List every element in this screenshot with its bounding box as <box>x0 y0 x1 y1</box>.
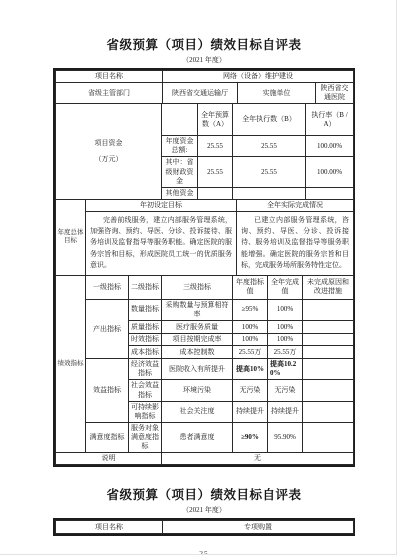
fund-sublabel-header-empty <box>162 104 198 136</box>
goal-done-header: 全年实际完成情况 <box>237 199 354 211</box>
row-quantity-target: ≥95% <box>233 299 268 320</box>
page-number: - 25 - <box>53 549 355 555</box>
header-level2: 二级指标 <box>129 275 162 299</box>
fund-label: 项目资金 <box>58 139 159 148</box>
row-satisfaction-level2: 服务对象满意度指标 <box>129 422 162 452</box>
fund-row-other-label: 其他资金 <box>162 187 198 199</box>
fund-row-other-budget <box>198 187 233 199</box>
fund-label-unit: （万元） <box>58 155 159 164</box>
dept-label: 省级主管部门 <box>56 83 163 104</box>
evaluation-table-1: 项目名称 网络（设备）维护建设 省级主管部门 陕西省交通运输厅 实施单位 陕西省… <box>53 68 355 467</box>
goal-set-header: 年初设定目标 <box>86 199 237 211</box>
row-quality-level3: 医疗服务质量 <box>162 321 233 334</box>
row-satisfaction-level3: 患者满意度 <box>162 422 233 452</box>
page-content: 省级预算（项目）绩效目标自评表 （2021 年度） 项目名称 网络（设备）维护建… <box>53 0 355 555</box>
row-social-actual: 无污染 <box>268 380 303 401</box>
row-economic-level3: 医院收入有所提升 <box>162 359 233 380</box>
fund-row-provincial-label: 其中：省级财政资金 <box>162 157 198 187</box>
table1-title: 省级预算（项目）绩效目标自评表 <box>53 35 355 53</box>
row-quality-level2: 质量指标 <box>129 321 162 334</box>
row-economic-reason <box>303 359 354 380</box>
header-target: 年度指标值 <box>233 275 268 299</box>
row-social-level2: 社会效益指标 <box>129 380 162 401</box>
row-schedule-actual: 100% <box>268 334 303 346</box>
fund-row-provincial-rate: 100.00% <box>306 157 354 187</box>
project-name-label: 项目名称 <box>56 71 163 83</box>
row-schedule-level2: 时效指标 <box>129 334 162 346</box>
row-social-reason <box>303 380 354 401</box>
row-schedule-target: 100% <box>233 334 268 346</box>
header-level1: 一级指标 <box>86 275 129 299</box>
fund-row-total-exec: 25.55 <box>233 136 306 157</box>
table1-year: （2021 年度） <box>53 55 355 65</box>
row-sustain-level3: 社会关注度 <box>162 401 233 422</box>
goal-row-label: 年度总体目标 <box>56 199 86 275</box>
note-label: 说明 <box>56 453 162 465</box>
fund-row-total-rate: 100.00% <box>306 136 354 157</box>
row-sustain-actual: 持续提升 <box>268 401 303 422</box>
row-satisfaction-target: ≥90% <box>233 422 268 452</box>
section-gap <box>53 467 355 485</box>
row-schedule-reason <box>303 334 354 346</box>
table2-title: 省级预算（项目）绩效目标自评表 <box>53 485 355 503</box>
fund-row-other-exec <box>233 187 306 199</box>
row-quantity-actual: 100% <box>268 299 303 320</box>
row-social-level3: 环境污染 <box>162 380 233 401</box>
row-cost-reason <box>303 346 354 359</box>
fund-row-provincial-budget: 25.55 <box>198 157 233 187</box>
goal-set-text: 完善前线服务，建立内部服务管理系统，加强咨询、预约、导医、分诊、投诉接待、服务培… <box>86 211 237 275</box>
note-value: 无 <box>162 453 354 465</box>
group-satisfaction-label: 满意度指标 <box>86 422 129 452</box>
group-benefit-label: 效益指标 <box>86 359 129 423</box>
evaluation-table-2: 项目名称 专项购置 <box>53 518 355 536</box>
fund-row-provincial-exec: 25.55 <box>233 157 306 187</box>
row-quality-target: 100% <box>233 321 268 334</box>
project-name-value: 网络（设备）维护建设 <box>163 71 354 83</box>
row-quality-reason <box>303 321 354 334</box>
row-quantity-level2: 数量指标 <box>129 299 162 320</box>
fund-row-total-label: 年度资金总额: <box>162 136 198 157</box>
fund-row-other-rate <box>306 187 354 199</box>
table1-head-section: 项目名称 网络（设备）维护建设 省级主管部门 陕西省交通运输厅 实施单位 陕西省… <box>55 70 354 104</box>
table1-fund-section: 项目资金 （万元） 全年预算数（A） 全年执行数（B） 执行率（B / A） 年… <box>55 103 354 200</box>
indicators-section-label: 绩效指标 <box>56 275 86 452</box>
header-actual: 全年完成值 <box>268 275 303 299</box>
fund-col-rate: 执行率（B / A） <box>306 104 354 136</box>
table1-indicators-section: 绩效指标 一级指标 二级指标 三级指标 年度指标值 全年完成值 未完成原因和改进… <box>55 275 354 465</box>
table1-goal-section: 年度总体目标 年初设定目标 全年实际完成情况 完善前线服务，建立内部服务管理系统… <box>55 199 354 276</box>
goal-done-text: 已建立内部服务管理系统，咨询、预约、导医、分诊、投诉接待、服务培训及监督指导等服… <box>237 211 354 275</box>
row-quantity-level3: 采购数量与预算相符率 <box>162 299 233 320</box>
impl-unit-label: 实施单位 <box>238 83 316 104</box>
fund-col-budget: 全年预算数（A） <box>198 104 233 136</box>
header-reason: 未完成原因和改进措施 <box>303 275 354 299</box>
impl-unit-value: 陕西省交通医院 <box>316 83 354 104</box>
row-sustain-reason <box>303 401 354 422</box>
table2-head-section: 项目名称 专项购置 <box>55 520 354 534</box>
row-economic-actual: 提高10.20% <box>268 359 303 380</box>
table2-project-name-label: 项目名称 <box>56 521 163 534</box>
table2-year: （2021 年度） <box>53 505 355 515</box>
row-sustain-level2: 可持续影响指标 <box>129 401 162 422</box>
group-output-label: 产出指标 <box>86 299 129 358</box>
row-schedule-level3: 项目按期完成率 <box>162 334 233 346</box>
row-cost-level2: 成本指标 <box>129 346 162 359</box>
row-cost-actual: 25.55万 <box>268 346 303 359</box>
row-cost-level3: 成本控制数 <box>162 346 233 359</box>
row-quantity-reason <box>303 299 354 320</box>
row-satisfaction-actual: 95.90% <box>268 422 303 452</box>
fund-col-exec: 全年执行数（B） <box>233 104 306 136</box>
row-cost-target: 25.55万 <box>233 346 268 359</box>
row-quality-actual: 100% <box>268 321 303 334</box>
scanned-document-page: { "page": { "page_number": "- 25 -" }, "… <box>0 0 397 555</box>
row-economic-level2: 经济效益指标 <box>129 359 162 380</box>
fund-label-cell: 项目资金 （万元） <box>56 104 162 200</box>
table2-project-name-value: 专项购置 <box>163 521 354 534</box>
dept-value: 陕西省交通运输厅 <box>163 83 238 104</box>
row-social-target: 无污染 <box>233 380 268 401</box>
header-level3: 三级指标 <box>162 275 233 299</box>
fund-row-total-budget: 25.55 <box>198 136 233 157</box>
row-economic-target: 提高10% <box>233 359 268 380</box>
row-sustain-target: 持续提升 <box>233 401 268 422</box>
row-satisfaction-reason <box>303 422 354 452</box>
